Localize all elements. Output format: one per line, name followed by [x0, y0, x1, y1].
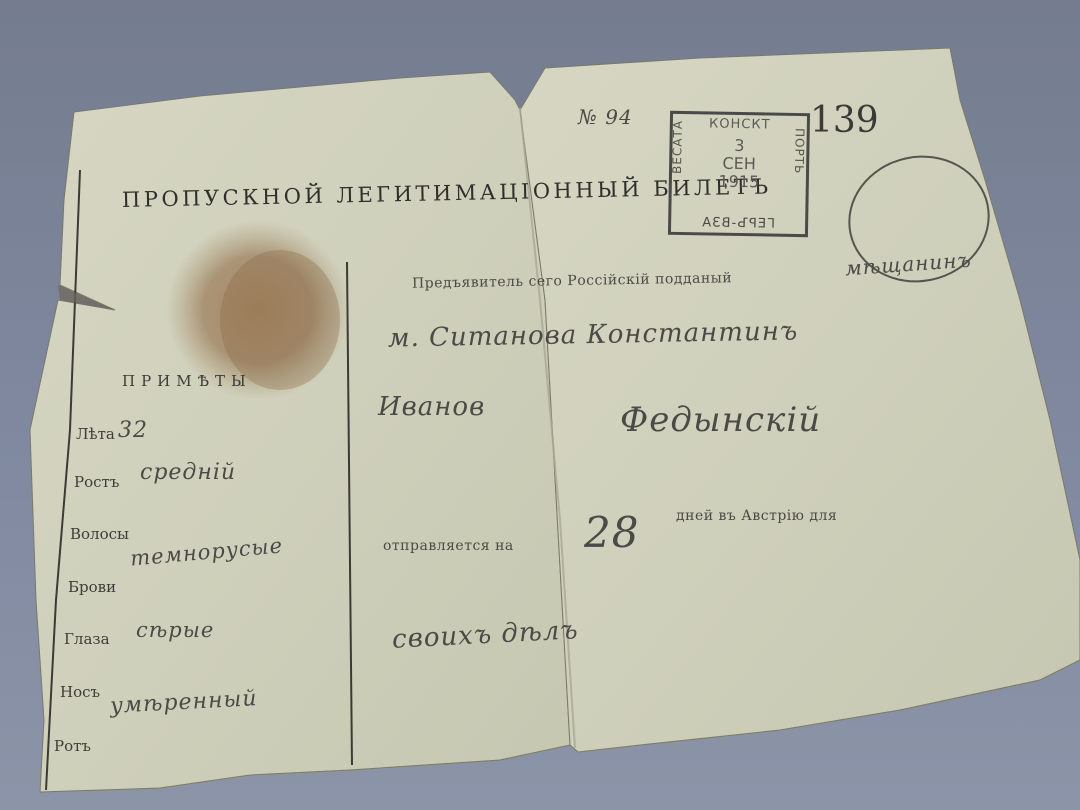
stamp-date: 3 СЕН 1915	[672, 136, 807, 192]
stamp-top-text: КОНСКТ	[673, 116, 807, 133]
field-label-height: Ростъ	[74, 473, 119, 491]
stamp-bottom-text: ГЕРЪ-ВЗА	[671, 215, 805, 232]
departure-line-printed-b: дней въ Австрію для	[676, 508, 837, 524]
paper-shape	[0, 0, 1080, 810]
duration-days-handwritten: 28	[584, 508, 639, 557]
printed-number: 139	[810, 100, 879, 141]
bearer-patronymic-handwritten: Иванов	[378, 392, 485, 422]
field-value-age: 32	[118, 418, 148, 443]
field-label-nose: Носъ	[60, 683, 100, 701]
description-heading: ПРИМѢТЫ	[122, 372, 252, 390]
field-label-eyes: Глаза	[64, 630, 110, 648]
square-postmark-stamp: КОНСКТ 3 СЕН 1915 ГЕРЪ-ВЗА ВЕСАТА ПОРТЬ	[668, 111, 810, 237]
field-value-height: средній	[140, 460, 236, 485]
stamp-right-text: ПОРТЬ	[792, 128, 807, 175]
stamp-year: 1915	[672, 172, 806, 192]
field-label-age: Лѣта	[76, 425, 115, 443]
legitimation-ticket: ПРОПУСКНОЙ ЛЕГИТИМАЦІОННЫЙ БИЛЕТЪ № 94 1…	[0, 0, 1080, 810]
field-value-eyes: сѣрые	[136, 618, 214, 642]
field-label-hair: Волосы	[70, 525, 129, 543]
field-label-eyebrows: Брови	[68, 578, 116, 596]
departure-line-printed-a: отправляется на	[383, 538, 514, 554]
serial-number-handwritten: № 94	[578, 105, 633, 129]
field-label-mouth: Ротъ	[54, 737, 91, 755]
stamp-left-text: ВЕСАТА	[670, 120, 685, 174]
bearer-surname-handwritten: Федынскій	[620, 400, 821, 440]
